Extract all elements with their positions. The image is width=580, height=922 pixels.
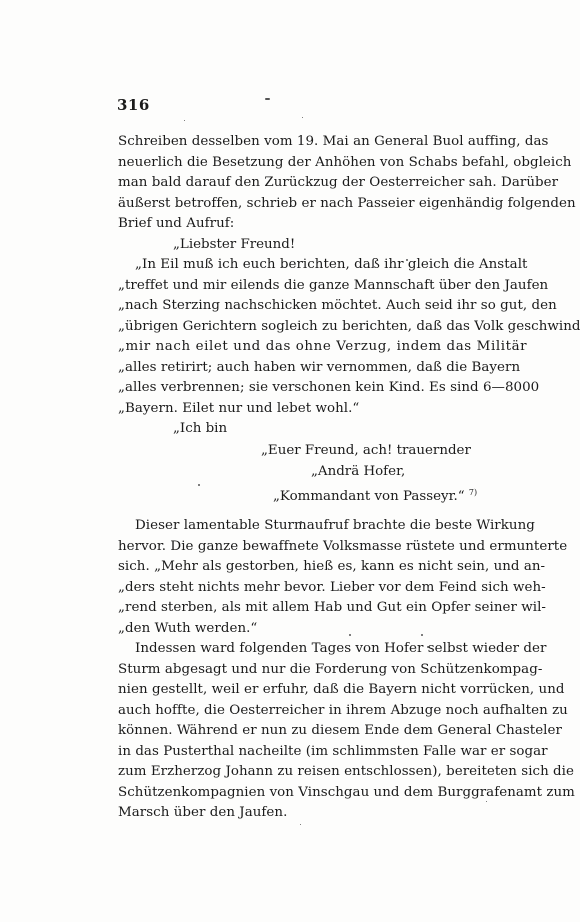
page-number: 316	[117, 96, 150, 114]
text-line: „übrigen Gerichtern sogleich zu berichte…	[118, 317, 512, 337]
text-line: „alles retirirt; auch haben wir vernomme…	[118, 358, 512, 378]
text-line: „In Eil muß ich euch berichten, daß ihr …	[118, 255, 512, 275]
text-line: äußerst betroffen, schrieb er nach Passe…	[118, 194, 512, 214]
scan-speck	[300, 824, 301, 825]
text-line: in das Pusterthal nacheilte (im schlimms…	[118, 742, 512, 762]
signature-title-text: „Kommandant von Passeyr.“	[273, 489, 465, 504]
text-line: „rend sterben, als mit allem Hab und Gut…	[118, 598, 512, 618]
footnote-ref: 7)	[469, 488, 477, 497]
letter-salutation: „Liebster Freund!	[173, 235, 295, 255]
text-line: sich. „Mehr als gestorben, hieß es, kann…	[118, 557, 512, 577]
text-line: können. Während er nun zu diesem Ende de…	[118, 721, 512, 741]
letter-signature: „Andrä Hofer,	[311, 462, 405, 482]
text-line: „den Wuth werden.“	[118, 619, 512, 639]
text-line: man bald darauf den Zurückzug der Oester…	[118, 173, 512, 193]
text-line: „alles verbrennen; sie verschonen kein K…	[118, 378, 512, 398]
text-line: hervor. Die ganze bewaffnete Volksmasse …	[118, 537, 512, 557]
text-line: Dieser lamentable Sturmaufruf brachte di…	[118, 516, 512, 536]
text-line: „Bayern. Eilet nur und lebet wohl.“	[118, 399, 512, 419]
text-line: nien gestellt, weil er erfuhr, daß die B…	[118, 680, 512, 700]
text-line: „treffet und mir eilends die ganze Manns…	[118, 276, 512, 296]
text-line: „mir nach eilet und das ohne Verzug, ind…	[118, 337, 512, 357]
text-line: auch hoffte, die Oesterreicher in ihrem …	[118, 701, 512, 721]
book-page: 316 Schreiben desselben vom 19. Mai an G…	[0, 0, 580, 922]
text-line: zum Erzherzog Johann zu reisen entschlos…	[118, 762, 512, 782]
text-line: Schützenkompagnien von Vinschgau und dem…	[118, 783, 512, 803]
text-line: Marsch über den Jaufen.	[118, 803, 512, 823]
text-line: Schreiben desselben vom 19. Mai an Gener…	[118, 132, 512, 152]
text-line: „ders steht nichts mehr bevor. Lieber vo…	[118, 578, 512, 598]
text-line: „nach Sterzing nachschicken möchtet. Auc…	[118, 296, 512, 316]
scan-speck	[302, 117, 303, 118]
scan-speck	[184, 120, 185, 121]
text-line: Brief und Aufruf:	[118, 214, 512, 234]
text-line: Sturm abgesagt und nur die Forderung von…	[118, 660, 512, 680]
text-line: Indessen ward folgenden Tages von Hofer …	[118, 639, 512, 659]
text-line: neuerlich die Besetzung der Anhöhen von …	[118, 153, 512, 173]
scan-speck	[198, 484, 200, 486]
scan-speck	[265, 98, 270, 100]
letter-signature-title: „Kommandant von Passeyr.“ 7)	[273, 483, 477, 507]
letter-closing-ich-bin: „Ich bin	[173, 419, 227, 439]
letter-closing-freund: „Euer Freund, ach! trauernder	[261, 441, 471, 461]
